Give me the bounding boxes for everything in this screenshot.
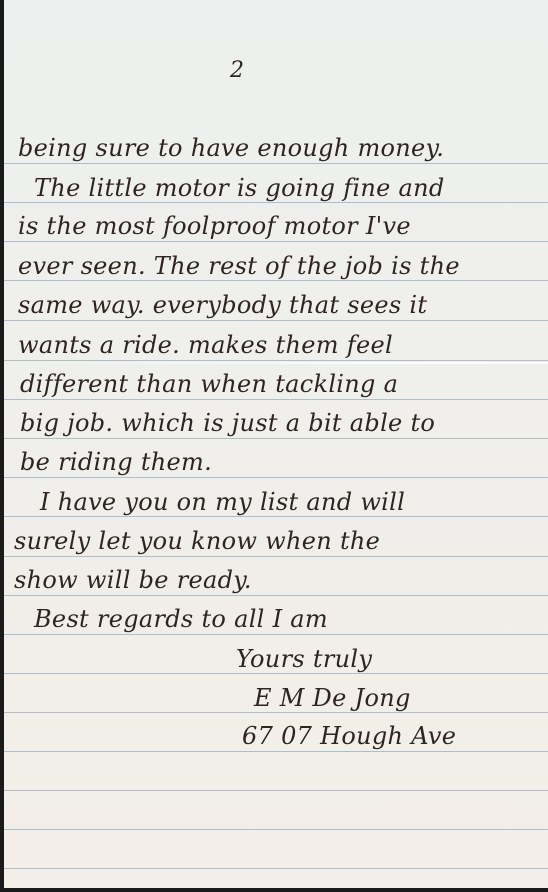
ruled-line	[4, 360, 548, 361]
letter-page: 2 being sure to have enough money. The l…	[4, 0, 548, 888]
ruled-line	[4, 673, 548, 674]
ruled-line	[4, 751, 548, 752]
body-line-13: Best regards to all I am	[34, 605, 328, 633]
ruled-line	[4, 438, 548, 439]
valediction: Yours truly	[236, 645, 372, 673]
ruled-line	[4, 712, 548, 713]
ruled-line	[4, 829, 548, 830]
body-line-11: surely let you know when the	[14, 527, 380, 555]
signature: E M De Jong	[254, 684, 411, 712]
ruled-line	[4, 595, 548, 596]
ruled-line	[4, 399, 548, 400]
body-line-5: same way. everybody that sees it	[18, 291, 427, 319]
ruled-line	[4, 790, 548, 791]
address: 67 07 Hough Ave	[242, 722, 456, 750]
body-line-2: The little motor is going fine and	[34, 174, 445, 202]
ruled-line	[4, 280, 548, 281]
ruled-line	[4, 477, 548, 478]
body-line-3: is the most foolproof motor I've	[18, 212, 411, 240]
body-line-9: be riding them.	[20, 448, 212, 476]
body-line-6: wants a ride. makes them feel	[18, 331, 393, 359]
ruled-line	[4, 516, 548, 517]
page-number: 2	[230, 58, 244, 83]
body-line-10: I have you on my list and will	[40, 488, 405, 516]
body-line-8: big job. which is just a bit able to	[20, 409, 435, 437]
ruled-line	[4, 634, 548, 635]
body-line-1: being sure to have enough money.	[18, 134, 444, 162]
paper-fold	[4, 362, 548, 364]
ruled-line	[4, 320, 548, 321]
body-line-12: show will be ready.	[14, 566, 252, 594]
body-line-4: ever seen. The rest of the job is the	[18, 252, 460, 280]
ruled-line	[4, 241, 548, 242]
ruled-line	[4, 202, 548, 203]
ruled-line	[4, 556, 548, 557]
ruled-line	[4, 868, 548, 869]
ruled-line	[4, 163, 548, 164]
body-line-7: different than when tackling a	[20, 370, 398, 398]
